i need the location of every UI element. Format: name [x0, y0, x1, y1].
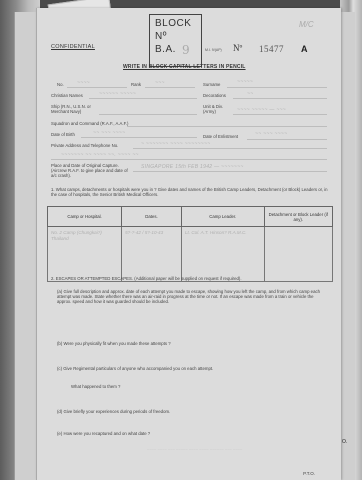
question-b: (b) Were you physically fit when you mad… — [57, 341, 171, 346]
field-value-enlistment: ~~ ~~~ ~~~~ — [255, 131, 287, 137]
reference-label: M.I. 9/(AP) — [205, 48, 222, 52]
field-label-christian-names: Christian Names — [51, 93, 83, 98]
field-value-christian-names: ~~~~~~ ~~~~~ — [99, 91, 136, 97]
field-label-squadron: Squadron and Command (R.A.F., A.A.F.) — [51, 121, 128, 126]
question-a: (a) Give full description and approx. da… — [57, 289, 329, 305]
edge-mark: O. — [342, 439, 347, 445]
instruction-heading: WRITE IN BLOCK CAPITAL LETTERS IN PENCIL — [123, 64, 246, 70]
question-e-id: (e) — [57, 431, 62, 436]
cell-camp: No. 2 Camp (Chungkai?) Thailand — [48, 227, 122, 282]
field-value-no: ~~~~ — [77, 80, 90, 86]
question-b-id: (b) — [57, 341, 62, 346]
field-value-rank: ~~~ — [155, 80, 165, 86]
classification-label: CONFIDENTIAL — [51, 44, 95, 50]
field-label-no: No. — [57, 82, 64, 87]
block-number: 9 — [182, 43, 190, 57]
section2-header: 2. ESCAPES OR ATTEMPTED ESCAPES. (Additi… — [51, 276, 333, 281]
cell-leader: Lt. Col. A.T. Hinson? R.A.M.C. — [181, 227, 264, 282]
question-d: (d) Give briefly your experiences during… — [57, 409, 170, 414]
section2-heading: 2. ESCAPES OR ATTEMPTED ESCAPES. — [51, 276, 133, 281]
faint-bleedthrough: ~~~~ ~~~~ ~~~ ~~~~~ ~~~~ ~~~~ ~~~~~~ ~~~… — [147, 447, 242, 452]
field-label-ship: Ship (R.N., U.S.N. or Merchant Navy) — [51, 104, 99, 114]
column-header-camp: Camp or Hospital. — [48, 207, 122, 227]
section2-note: (Additional paper will be supplied on re… — [134, 276, 241, 281]
field-label-surname: Surname — [203, 82, 220, 87]
serial-number: 15477 — [259, 44, 284, 54]
question-c-followup: What happened to them ? — [71, 384, 120, 389]
table-row: No. 2 Camp (Chungkai?) Thailand 5?-?-42 … — [48, 227, 333, 282]
number-label: Nº — [233, 43, 242, 53]
pencil-annotation: M/C — [299, 20, 314, 29]
question-c-text: Give Regimental particulars of anyone wh… — [63, 366, 213, 371]
field-label-dob: Date of Birth — [51, 132, 75, 137]
field-value-address-line1: ~ ~~~~~~~ ~~~~ ~~~~~~~~ — [141, 141, 210, 147]
field-value-decorations: ~~ — [247, 91, 253, 97]
column-header-detachment: Detachment or Block Leader (if any). — [264, 207, 332, 227]
field-value-unit: ~~~~ ~~~~~ — ~~~ — [237, 107, 286, 113]
field-value-surname: ~~~~~ — [237, 79, 253, 85]
question-e-text: How were you recaptured and on what date… — [63, 431, 150, 436]
question-c-id: (c) — [57, 366, 62, 371]
column-header-dates: Dates. — [122, 207, 182, 227]
question-a-text: Give full description and approx. date o… — [57, 289, 320, 304]
field-value-dob: ~~ ~~~ ~~~~ — [93, 130, 125, 136]
field-label-unit: Unit & Div. (Army) — [203, 104, 233, 114]
field-value-capture: SINGAPORE 15th FEB 1942 — ~~~~~~~ — [141, 164, 244, 170]
block-box-line3: B.A. — [155, 43, 201, 56]
field-label-address: Private Address and Telephone No. — [51, 143, 118, 148]
question-e: (e) How were you recaptured and on what … — [57, 431, 150, 436]
form-page: CONFIDENTIAL BLOCK Nº B.A. 9 M.I. 9/(AP)… — [36, 8, 341, 480]
pto-label: P.T.O. — [303, 471, 315, 476]
block-box-line1: BLOCK — [155, 17, 201, 30]
field-value-address-line2: ~~~~~~~ ~~ ~~~~ ~~. ~~~~ ~~ — [61, 152, 139, 158]
block-box: BLOCK Nº B.A. — [149, 14, 202, 67]
field-label-enlistment: Date of Enlistment — [203, 134, 238, 139]
question-c: (c) Give Regimental particulars of anyon… — [57, 366, 213, 371]
question-b-text: Were you physically fit when you made th… — [63, 341, 170, 346]
serial-suffix: A — [301, 44, 308, 54]
field-label-decorations: Decorations — [203, 93, 226, 98]
cell-dates: 5?-?-42 / 5?-10-43 — [122, 227, 182, 282]
column-header-leader: Camp Leader. — [181, 207, 264, 227]
block-box-line2: Nº — [155, 30, 201, 43]
field-label-capture: Place and Date of Original Capture. (Air… — [51, 163, 131, 178]
field-label-rank: Rank — [131, 82, 141, 87]
camps-table: Camp or Hospital. Dates. Camp Leader. De… — [47, 206, 333, 282]
question-d-id: (d) — [57, 409, 62, 414]
section1-question: 1. What camps, detachments or hospitals … — [51, 187, 333, 197]
cell-detachment — [264, 227, 332, 282]
question-d-text: Give briefly your experiences during per… — [63, 409, 170, 414]
